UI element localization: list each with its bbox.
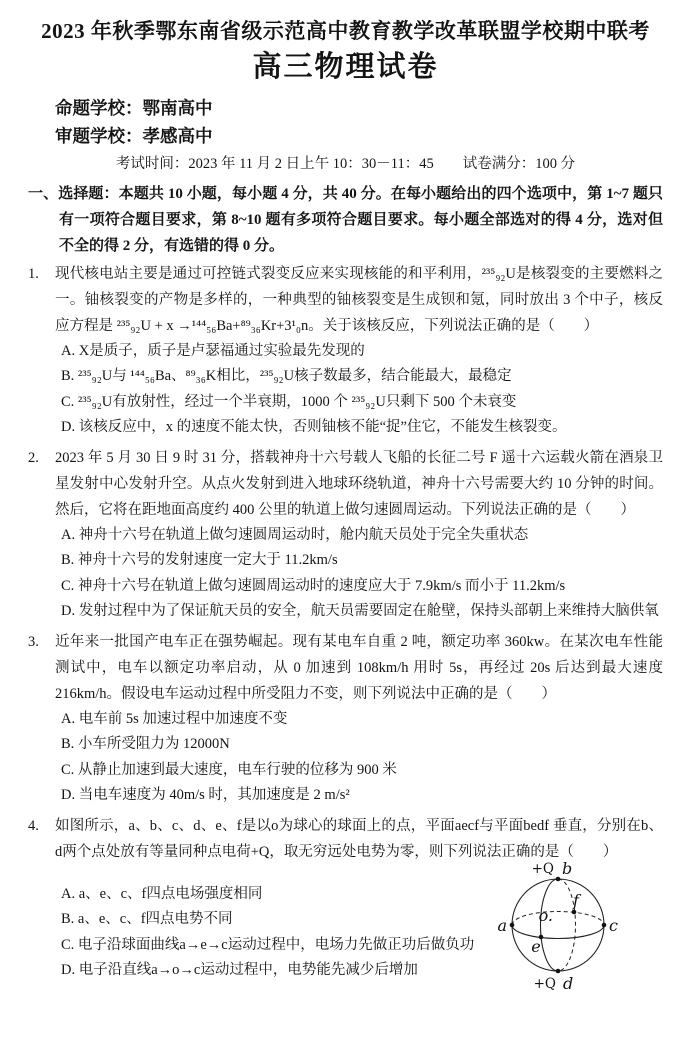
question-number: 3. [28, 629, 55, 655]
option-b: B. 神舟十六号的发射速度一定大于 11.2km/s [61, 548, 663, 574]
sphere-diagram-icon: +Q b a c o. e f +Q d [476, 853, 661, 1028]
point-d-dot [556, 968, 561, 973]
options-list: A. 神舟十六号在轨道上做匀速圆周运动时，舱内航天员处于完全失重状态 B. 神舟… [28, 523, 663, 625]
charge-label-bottom: +Q [534, 976, 556, 992]
point-label-e: e [531, 937, 540, 956]
point-label-o: o. [539, 906, 553, 925]
option-d: D. 该核反应中，x 的速度不能太快，否则铀核不能“捉”住它，不能发生核裂变。 [61, 415, 663, 441]
point-label-a: a [497, 916, 507, 935]
option-d: D. 发射过程中为了保证航天员的安全，航天员需要固定在舱壁，保持头部朝上来维持大… [61, 599, 663, 625]
option-d: D. 电子沿直线a→o→c运动过程中，电势能先减少后增加 [61, 958, 531, 984]
point-b-dot [556, 876, 561, 881]
option-c: C. 从静止加速到最大速度，电车行驶的位移为 900 米 [61, 758, 663, 784]
question-stem: 现代核电站主要是通过可控链式裂变反应来实现核能的和平利用，²³⁵₉₂U是核裂变的… [55, 261, 663, 339]
point-label-b: b [562, 859, 572, 878]
point-c-dot [602, 922, 607, 927]
option-a: A. 电车前 5s 加速过程中加速度不变 [61, 707, 663, 733]
option-c: C. 神舟十六号在轨道上做匀速圆周运动时的速度应大于 7.9km/s 而小于 1… [61, 574, 663, 600]
options-list: A. X是质子，质子是卢瑟福通过实验最先发现的 B. ²³⁵₉₂U与 ¹⁴⁴₅₆… [28, 339, 663, 441]
question-stem: 近年来一批国产电车正在强势崛起。现有某电车自重 2 吨，额定功率 360kw。在… [55, 629, 663, 707]
option-a: A. X是质子，质子是卢瑟福通过实验最先发现的 [61, 339, 663, 365]
exam-paper: 2023 年秋季鄂东南省级示范高中教育教学改革联盟学校期中联考 高三物理试卷 命… [0, 0, 690, 984]
question-3: 3. 近年来一批国产电车正在强势崛起。现有某电车自重 2 吨，额定功率 360k… [28, 629, 663, 809]
point-a-dot [510, 922, 515, 927]
question-1: 1. 现代核电站主要是通过可控链式裂变反应来实现核能的和平利用，²³⁵₉₂U是核… [28, 261, 663, 441]
option-d: D. 当电车速度为 40m/s 时，其加速度是 2 m/s² [61, 783, 663, 809]
question-stem: 2023 年 5 月 30 日 9 时 31 分，搭载神舟十六号载人飞船的长征二… [55, 445, 663, 523]
section-instructions: 一、选择题：本题共 10 小题，每小题 4 分，共 40 分。在每小题给出的四个… [28, 181, 663, 259]
option-b: B. 小车所受阻力为 12000N [61, 732, 663, 758]
question-number: 4. [28, 813, 55, 839]
proposer-school-line: 命题学校：鄂南高中 [55, 95, 663, 121]
question-2: 2. 2023 年 5 月 30 日 9 时 31 分，搭载神舟十六号载人飞船的… [28, 445, 663, 625]
question-4: 4. 如图所示，a、b、c、d、e、f是以o为球心的球面上的点，平面aecf与平… [28, 813, 663, 984]
point-label-f: f [572, 891, 582, 910]
point-f-dot [572, 909, 577, 914]
exam-meta-line: 考试时间：2023 年 11 月 2 日上午 10：30－11：45 试卷满分：… [28, 154, 663, 174]
exam-title: 2023 年秋季鄂东南省级示范高中教育教学改革联盟学校期中联考 [28, 18, 663, 45]
option-a: A. 神舟十六号在轨道上做匀速圆周运动时，舱内航天员处于完全失重状态 [61, 523, 663, 549]
charge-label-top: +Q [532, 861, 554, 877]
option-b: B. ²³⁵₉₂U与 ¹⁴⁴₅₆Ba、⁸⁹₃₆K相比，²³⁵₉₂U核子数最多，结… [61, 364, 663, 390]
reviewer-school-line: 审题学校：孝感高中 [55, 123, 663, 149]
option-c: C. 电子沿球面曲线a→e→c运动过程中，电场力先做正功后做负功 [61, 933, 531, 959]
option-a: A. a、e、c、f四点电场强度相同 [61, 882, 531, 908]
options-list: A. a、e、c、f四点电场强度相同 B. a、e、c、f四点电势不同 C. 电… [28, 865, 531, 984]
paper-subtitle: 高三物理试卷 [28, 49, 663, 87]
question-number: 2. [28, 445, 55, 471]
point-label-d: d [563, 974, 573, 993]
option-b: B. a、e、c、f四点电势不同 [61, 907, 531, 933]
option-c: C. ²³⁵₉₂U有放射性，经过一个半衰期，1000 个 ²³⁵₉₂U只剩下 5… [61, 390, 663, 416]
question-number: 1. [28, 261, 55, 287]
charged-sphere-figure: +Q b a c o. e f +Q d [476, 853, 661, 1028]
point-label-c: c [609, 916, 618, 935]
options-list: A. 电车前 5s 加速过程中加速度不变 B. 小车所受阻力为 12000N C… [28, 707, 663, 809]
